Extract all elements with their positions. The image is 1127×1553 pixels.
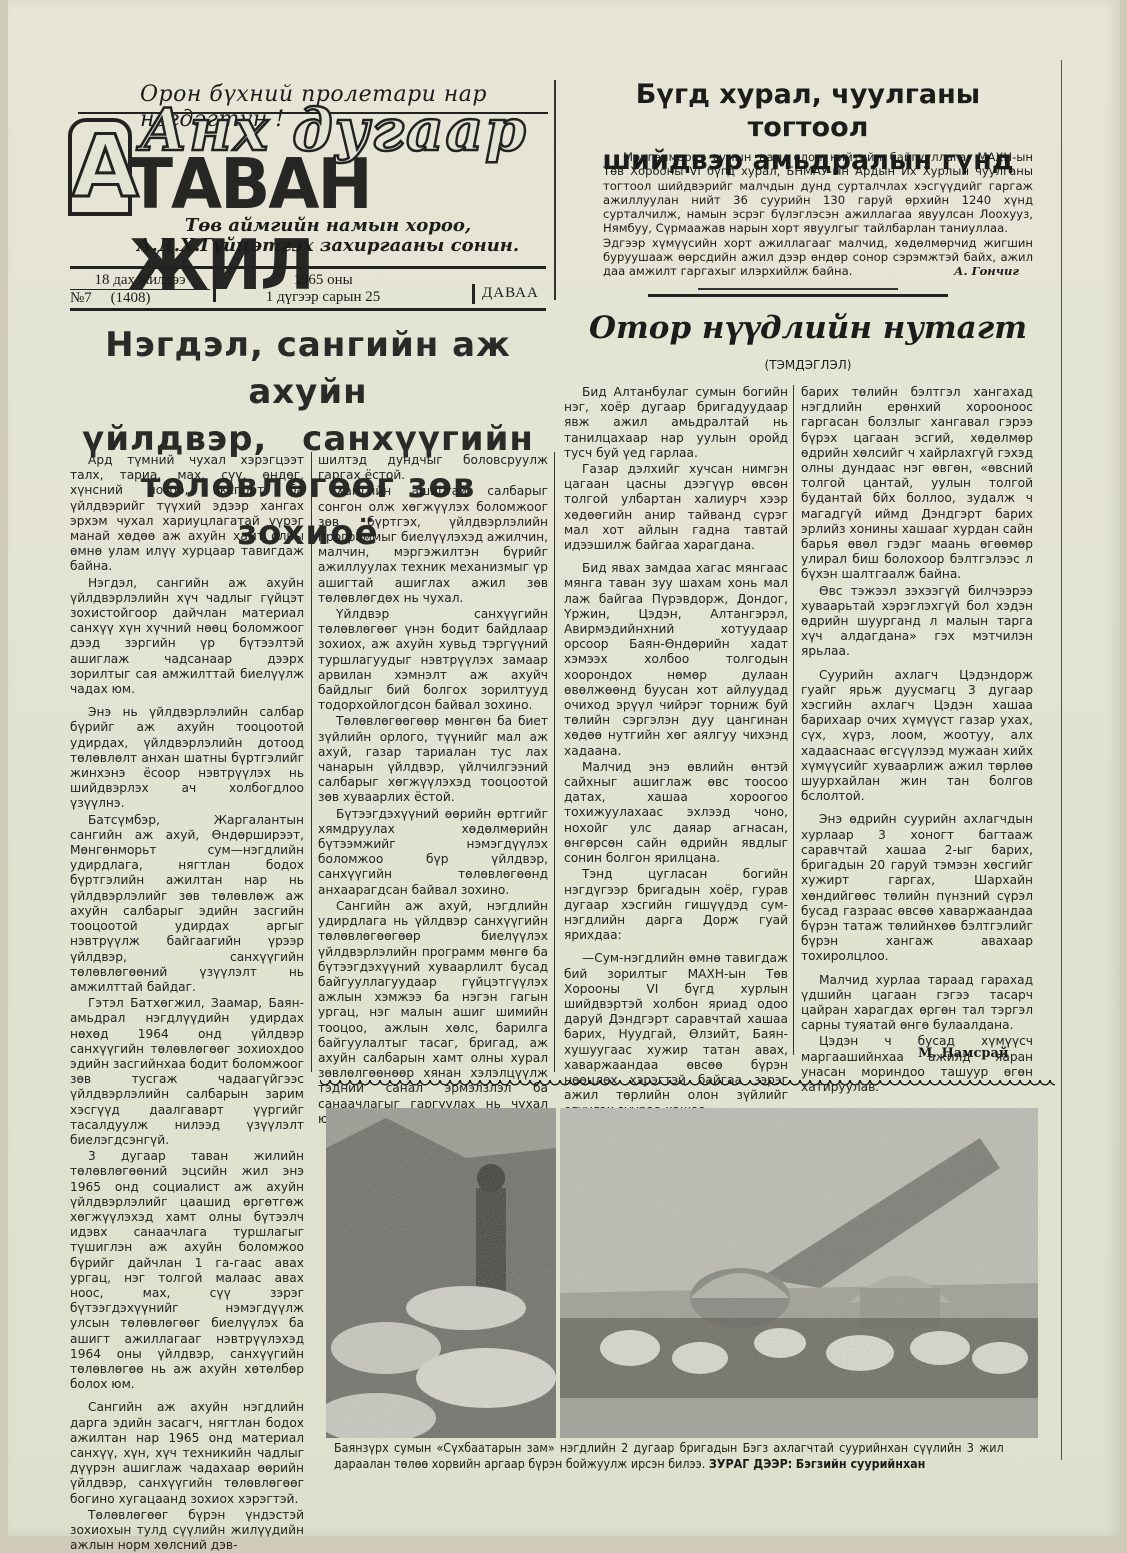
paragraph: Бид явах замдаа хагас мянгаас мянга тава… (564, 561, 788, 759)
headline-line: Нэгдэл, сангийн аж ахуйн (68, 322, 548, 416)
total-issue-number: (1408) (111, 290, 151, 306)
column-rule (554, 80, 556, 300)
paragraph: Энэ нь үйлдвэрлэлийн салбар бүрийг аж ах… (70, 705, 304, 811)
column-rule (554, 452, 555, 1072)
paragraph: Гэтэл Батхөгжил, Заамар, Баян-амьдрал нэ… (70, 996, 304, 1148)
date: 1 дүгээр сарын 25 (223, 289, 423, 306)
article-main-column-2: шилтэд дундчыг боловсруулж гаргах ёстой.… (318, 453, 548, 1127)
paragraph: Тэнд цугласан богийн нэгдүгээр бригадын … (564, 867, 788, 943)
publisher-line-2: А.Д.Х.Гүйцэтгэх захиргааны сонин. (98, 236, 558, 256)
paragraph: барих төлийн бэлтгэл хангахад нэгдлийн е… (801, 385, 1033, 583)
paragraph: Суурийн ахлагч Цэдэндорж гуайг ярьж дуус… (801, 668, 1033, 805)
paragraph: Хамгийн ашигтай салбарыг сонгон олж хөгж… (318, 484, 548, 606)
photo-camp-image (560, 1108, 1038, 1438)
author-signature: А. Гончиг (954, 264, 1019, 278)
decorative-rule (698, 288, 898, 290)
paragraph: Төлөвлөгөөг бүрэн үндэстэй зохиохын тулд… (70, 1508, 304, 1536)
paragraph: Сангийн аж ахуй, нэгдлийн удирдлага нь ү… (318, 899, 548, 1127)
masthead-rule (70, 266, 546, 269)
photo-herder-with-sheep (326, 1108, 556, 1438)
column-rule (793, 385, 794, 1055)
photo-herder-image (326, 1108, 556, 1438)
article-otor-column-2: барих төлийн бэлтгэл хангахад нэгдлийн е… (801, 385, 1033, 1095)
divider (213, 274, 216, 302)
paragraph: Мөнгөнморьт сумын нам, олон нийтийн байг… (603, 150, 1033, 236)
article-assembly-body: Мөнгөнморьт сумын нам, олон нийтийн байг… (603, 150, 1033, 279)
wavy-separator (320, 1080, 1055, 1090)
paragraph: Энэ өдрийн суурийн ахлагчдын хурлаар 3 х… (801, 812, 1033, 964)
weekday: ДАВАА (482, 285, 552, 302)
paragraph: шилтэд дундчыг боловсруулж гаргах ёстой. (318, 453, 548, 483)
decorative-rule (648, 294, 948, 297)
paragraph: Өвс тэжээл зэхээгүй билчээрээ хуваарьтай… (801, 584, 1033, 660)
publisher-line: Төв аймгийн намын хороо, А.Д.Х.Гүйцэтгэх… (98, 216, 558, 256)
paragraph: Батсүмбэр, Жаргалантын сангийн аж ахуй, … (70, 813, 304, 995)
page-edge-rule (1061, 60, 1062, 1460)
paragraph: Малчид энэ өвлийн өнтэй сайхныг ашиглаж … (564, 760, 788, 866)
paragraph: Үйлдвэр санхүүгийн төлөвлөгөөг үнэн боди… (318, 607, 548, 713)
article-kicker: (ТЭМДЭГЛЭЛ) (573, 358, 1043, 372)
paragraph: Бид Алтанбулаг сумын богийн нэг, хоёр ду… (564, 385, 788, 461)
masthead-bottom-rule (70, 308, 546, 311)
photo-sheep-and-gers (560, 1108, 1038, 1438)
publisher-line-1: Төв аймгийн намын хороо, (98, 216, 558, 236)
caption-label: ЗУРАГ ДЭЭР: (709, 1457, 792, 1471)
paragraph: Малчид хурлаа тараад гарахад үдшийн цага… (801, 973, 1033, 1034)
year: 1965 оны (223, 272, 423, 289)
newspaper-page: Орон бүхний пролетари нар нэгдэгтүн ! А … (8, 0, 1120, 1536)
paragraph: —Сум-нэгдлийн өмнө тавигдаж бий зорилтыг… (564, 951, 788, 1118)
paragraph: Сангийн аж ахуйн нэгдлийн дарга эдийн за… (70, 1400, 304, 1506)
paragraph: Төлөвлөгөөгөөр мөнгөн ба биет зүйлийн ор… (318, 714, 548, 805)
paragraph: 3 дугаар таван жилийн төлөвлөгөөний эцси… (70, 1149, 304, 1392)
article-otor-column-1: Бид Алтанбулаг сумын богийн нэг, хоёр ду… (564, 385, 788, 1119)
caption-subject: Бэгзийн суурийнхан (796, 1457, 926, 1471)
article-headline-otor: Отор нүүдлийн нутагт (573, 310, 1043, 346)
date-block: 1965 оны 1 дүгээр сарын 25 (223, 272, 423, 306)
issue-number: №7 (70, 290, 92, 306)
masthead-initial-letter: А (68, 118, 132, 216)
divider (472, 284, 475, 304)
article-main-column-1: Ард түмний чухал хэрэгцээт талх, тариа, … (70, 453, 304, 1536)
paragraph: Ард түмний чухал хэрэгцээт талх, тариа, … (70, 453, 304, 575)
headline-line: Бүгд хурал, чуулганы тогтоол (573, 78, 1043, 144)
volume: 18 дах жилдээ (70, 272, 210, 290)
photo-caption: Баянзүрх сумын «Сүхбаатарын зам» нэгдлий… (334, 1440, 1004, 1472)
author-signature: М. Намсрай (918, 1046, 1009, 1061)
paragraph: Бүтээгдэхүүний өөрийн өртгийг хямдруулах… (318, 807, 548, 898)
paragraph: Газар дэлхийг хучсан нимгэн цагаан цасны… (564, 462, 788, 553)
paragraph: Нэгдэл, сангийн аж ахуйн үйлдвэрлэлийн х… (70, 576, 304, 698)
issue-number-block: 18 дах жилдээ №7 (1408) (70, 272, 210, 307)
